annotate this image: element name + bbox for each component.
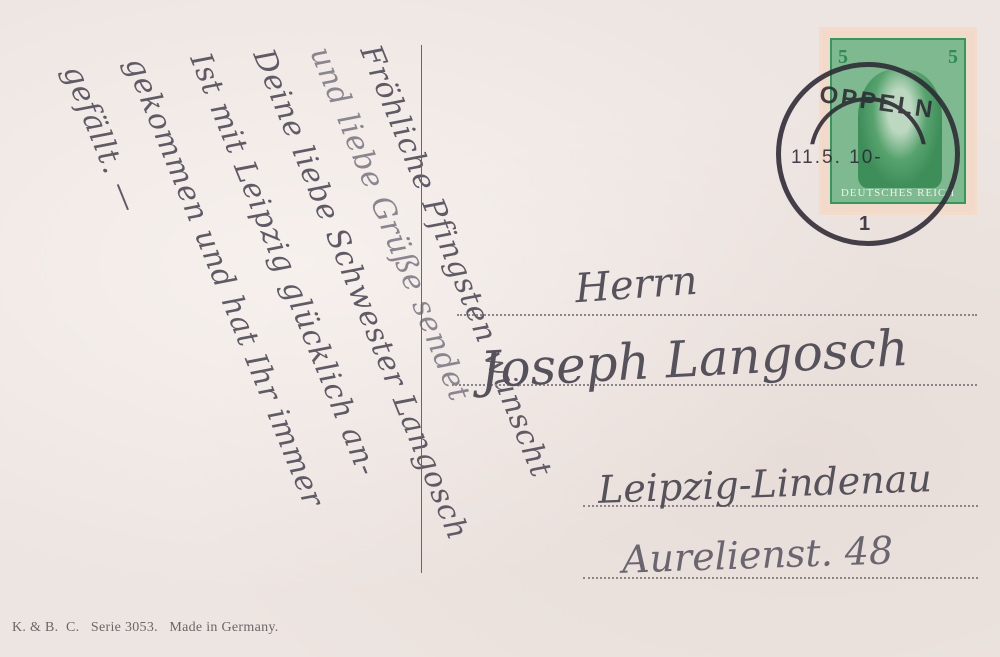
postmark-office-number: 1: [859, 213, 870, 236]
address-city: Leipzig-Lindenau: [597, 456, 932, 512]
publisher-imprint: K. & B. C. Serie 3053. Made in Germany.: [12, 620, 279, 636]
address-salutation: Herrn: [574, 258, 699, 312]
address-street: Aurelienst. 48: [621, 528, 893, 581]
divider-line: [421, 45, 422, 573]
postmark: OPPELN 11.5. 10- 1: [776, 62, 960, 246]
postmark-date: 11.5. 10-: [791, 147, 883, 169]
message-line: Fröhliche Pfingsten wünscht: [353, 40, 559, 483]
stamp-value-right: 5: [948, 46, 958, 69]
address-name: Joseph Langosch: [479, 319, 910, 399]
postcard-back: Fröhliche Pfingsten wünscht und liebe Gr…: [0, 0, 1000, 657]
address-rule: [457, 314, 977, 316]
